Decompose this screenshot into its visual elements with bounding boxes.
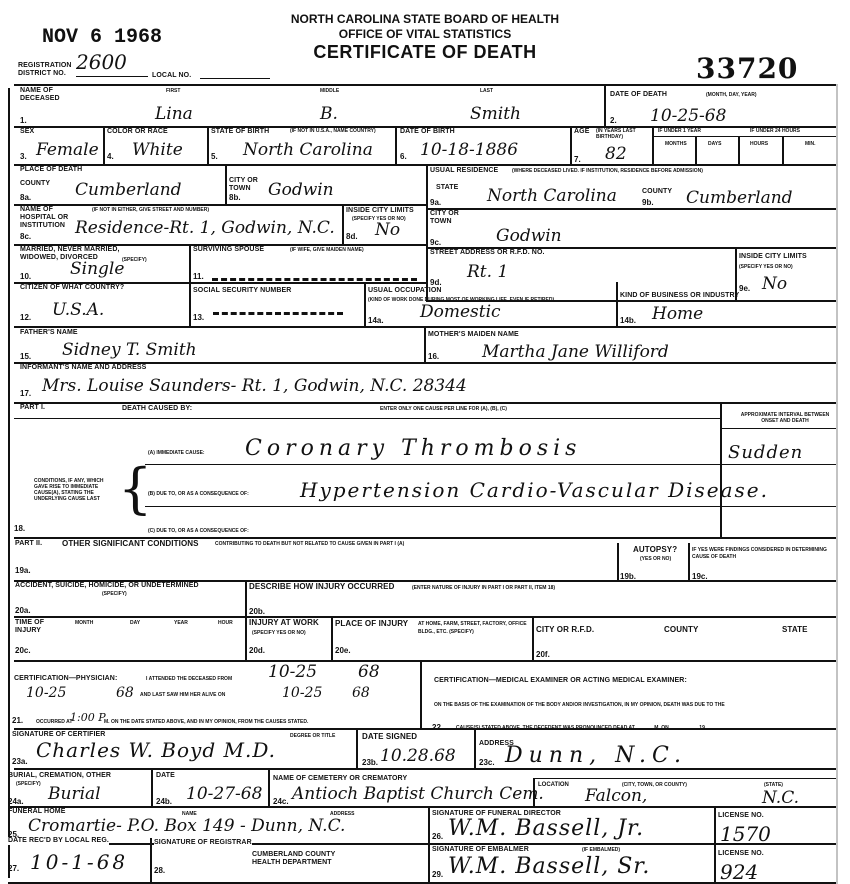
item-number: 4. [107, 152, 114, 161]
funeral-home-label: FUNERAL HOME [8, 808, 65, 816]
disposition-sublabel: (SPECIFY) [16, 781, 41, 787]
cemetery-label: NAME OF CEMETERY OR CREMATORY [273, 775, 407, 783]
item-number: 9c. [430, 238, 441, 247]
place-of-injury-label: PLACE OF INJURY [335, 620, 408, 628]
conditions-label: CONDITIONS, IF ANY, WHICH GAVE RISE TO I… [34, 478, 112, 502]
marital-status-value: Single [70, 261, 124, 278]
certificate-number: 33720 [696, 52, 798, 85]
state-of-birth-value: North Carolina [243, 142, 373, 159]
sex-value: Female [36, 142, 99, 159]
hospital-sublabel: (IF NOT IN EITHER, GIVE STREET AND NUMBE… [92, 207, 209, 213]
last-saw-text: AND LAST SAW HIM HER ALIVE ON [140, 692, 225, 698]
item-number: 24c. [273, 797, 289, 806]
injury-month-label: MONTH [75, 620, 93, 626]
business-value: Home [652, 306, 703, 323]
surviving-spouse-label: SURVIVING SPOUSE [193, 246, 264, 254]
place-of-death-label: PLACE OF DEATH [20, 166, 82, 174]
embalmer-license-value: 924 [720, 862, 758, 882]
race-label: COLOR OR RACE [107, 128, 168, 136]
occupation-label: USUAL OCCUPATION [368, 287, 442, 295]
location-value: Falcon, [585, 788, 647, 805]
autopsy-sublabel: (YES OR NO) [640, 556, 671, 562]
item-number: 14a. [368, 316, 384, 325]
physician-certification-label: CERTIFICATION—PHYSICIAN: [14, 675, 117, 683]
embalmer-license-label: LICENSE NO. [718, 850, 764, 858]
under-one-year-label: IF UNDER 1 YEAR [658, 128, 701, 134]
brace-icon: { [118, 462, 152, 516]
time-of-injury-label: TIME OF INJURY [15, 619, 60, 635]
under-24-hours-label: IF UNDER 24 HOURS [750, 128, 800, 134]
business-label: KIND OF BUSINESS OR INDUSTRY [620, 292, 739, 300]
state-of-birth-sublabel: (IF NOT IN U.S.A., NAME COUNTRY) [290, 128, 385, 134]
item-number: 26. [432, 832, 443, 841]
item-number: 24a. [8, 797, 24, 806]
occurred-tail-text: M. ON THE DATE STATED ABOVE, AND IN MY O… [104, 719, 308, 725]
immediate-cause-interval: Sudden [728, 444, 803, 462]
date-of-death-label: DATE OF DEATH [610, 91, 667, 99]
middle-name-label: MIDDLE [320, 88, 339, 94]
findings-label: IF YES WERE FINDINGS CONSIDERED IN DETER… [692, 547, 836, 561]
injury-type-label: ACCIDENT, SUICIDE, HOMICIDE, OR UNDETERM… [15, 582, 199, 590]
injury-year-label: YEAR [174, 620, 188, 626]
board-name: NORTH CAROLINA STATE BOARD OF HEALTH [0, 12, 850, 26]
certifier-signature: Charles W. Boyd M.D. [36, 740, 276, 760]
date-received-value: 10-1-68 [30, 852, 128, 872]
registrar-stamp: CUMBERLAND COUNTY HEALTH DEPARTMENT [252, 851, 362, 867]
item-number: 14b. [620, 316, 636, 325]
informant-label: INFORMANT'S NAME AND ADDRESS [20, 364, 146, 372]
date-of-birth-value: 10-18-1886 [420, 142, 518, 159]
sex-label: SEX [20, 128, 34, 136]
registrar-signature-label: SIGNATURE OF REGISTRAR [154, 839, 252, 847]
item-number: 13. [193, 313, 204, 322]
location-label: LOCATION [538, 782, 569, 788]
usual-residence-label: USUAL RESIDENCE [430, 167, 498, 175]
describe-injury-label: DESCRIBE HOW INJURY OCCURRED [249, 583, 394, 591]
item-number: 29. [432, 870, 443, 879]
death-inside-city-value: No [375, 222, 400, 239]
residence-county-value: Cumberland [686, 190, 793, 207]
surviving-spouse-blank [212, 278, 417, 281]
item-number: 20a. [15, 606, 31, 615]
item-number: 23c. [479, 758, 495, 767]
injury-hour-label: HOUR [218, 620, 233, 626]
death-caused-by-label: DEATH CAUSED BY: [122, 405, 192, 413]
injury-county-label: COUNTY [664, 626, 698, 634]
age-value: 82 [605, 146, 627, 163]
surviving-spouse-sublabel: (IF WIFE, GIVE MAIDEN NAME) [290, 247, 364, 253]
item-number: 18. [14, 524, 25, 533]
deceased-middle-name: B. [320, 106, 338, 123]
residence-county-label: COUNTY [642, 188, 672, 196]
residence-state-value: North Carolina [487, 188, 617, 205]
first-name-label: FIRST [166, 88, 180, 94]
part-one-label: PART I. [20, 404, 45, 412]
director-license-value: 1570 [720, 824, 771, 844]
item-number: 2. [610, 116, 617, 125]
deceased-first-name: Lina [155, 106, 193, 123]
injury-type-sublabel: (SPECIFY) [102, 591, 127, 597]
embalmer-signature: W.M. Bassell, Sr. [448, 856, 650, 878]
death-county-value: Cumberland [75, 182, 182, 199]
injury-at-work-sublabel: (SPECIFY YES OR NO) [252, 630, 306, 636]
item-number: 20b. [249, 607, 265, 616]
local-no-label: LOCAL NO. [152, 72, 191, 80]
months-label: MONTHS [665, 141, 687, 147]
race-value: White [132, 142, 183, 159]
item-number: 10. [20, 272, 31, 281]
citizenship-label: CITIZEN OF WHAT COUNTRY? [20, 284, 124, 292]
other-conditions-label: OTHER SIGNIFICANT CONDITIONS [62, 540, 199, 548]
item-number: 23a. [12, 757, 28, 766]
certifier-address-value: Dunn, N.C. [505, 745, 687, 767]
injury-state-label: STATE [782, 626, 808, 634]
residence-state-label: STATE [436, 184, 458, 192]
days-label: DAYS [708, 141, 721, 147]
consequence-b-value: Hypertension Cardio-Vascular Disease. [300, 480, 769, 500]
item-number: 11. [193, 272, 204, 281]
attended-from-date: 10-25 [268, 664, 317, 681]
father-name-label: FATHER'S NAME [20, 329, 78, 337]
last-name-label: LAST [480, 88, 493, 94]
last-saw-year: 68 [352, 686, 370, 700]
hospital-value: Residence-Rt. 1, Godwin, N.C. [75, 220, 335, 237]
residence-inside-city-label: INSIDE CITY LIMITS [739, 253, 807, 261]
occurred-at-text: OCCURRED AT [36, 719, 72, 725]
item-number: 12. [20, 313, 31, 322]
director-license-label: LICENSE NO. [718, 812, 764, 820]
death-inside-city-label: INSIDE CITY LIMITS [346, 207, 414, 215]
death-city-label: CITY OR TOWN [229, 177, 259, 193]
death-county-label: COUNTY [20, 180, 50, 188]
item-number: 9b. [642, 198, 654, 207]
citizenship-value: U.S.A. [52, 302, 104, 319]
item-number: 24b. [156, 797, 172, 806]
injury-at-work-label: INJURY AT WORK [249, 619, 319, 627]
item-number: 20f. [536, 650, 550, 659]
item-number: 5. [211, 152, 218, 161]
injury-day-label: DAY [130, 620, 140, 626]
disposition-label: BURIAL, CREMATION, OTHER [8, 772, 111, 780]
item-number: 9e. [739, 284, 750, 293]
deceased-last-name: Smith [470, 106, 521, 123]
attended-to-year: 68 [116, 686, 134, 700]
father-name-value: Sidney T. Smith [62, 342, 197, 359]
mother-maiden-name-label: MOTHER'S MAIDEN NAME [428, 331, 519, 339]
item-number: 20d. [249, 646, 265, 655]
residence-city-value: Godwin [496, 228, 562, 245]
item-number: 16. [428, 352, 439, 361]
date-signed-label: DATE SIGNED [362, 733, 417, 741]
cause-instruction: ENTER ONLY ONE CAUSE PER LINE FOR (a), (… [380, 406, 507, 412]
item-number: 9d. [430, 278, 442, 287]
age-sublabel: (IN YEARS LAST BIRTHDAY) [596, 128, 654, 140]
minutes-label: MIN. [805, 141, 816, 147]
social-security-label: SOCIAL SECURITY NUMBER [193, 287, 291, 295]
item-number: 8a. [20, 193, 31, 202]
location-state-value: N.C. [762, 790, 799, 807]
office-name: OFFICE OF VITAL STATISTICS [0, 27, 850, 41]
occupation-value: Domestic [420, 304, 501, 321]
item-number: 20c. [15, 646, 31, 655]
item-number: 3. [20, 152, 27, 161]
item-number: 7. [574, 155, 581, 164]
cemetery-value: Antioch Baptist Church Cem. [292, 786, 544, 803]
attended-from-text: I ATTENDED THE DECEASED FROM [146, 676, 232, 682]
age-label: AGE [574, 128, 589, 136]
describe-injury-sublabel: (ENTER NATURE OF INJURY IN PART I OR PAR… [412, 585, 555, 591]
residence-street-label: STREET ADDRESS OR R.F.D. No. [430, 249, 545, 257]
item-number: 8c. [20, 232, 31, 241]
name-of-deceased-label: NAME OF DECEASED [20, 87, 70, 103]
item-number: 8d. [346, 232, 358, 241]
degree-label: DEGREE OR TITLE [290, 733, 335, 739]
item-number: 20e. [335, 646, 351, 655]
mother-maiden-name-value: Martha Jane Williford [482, 344, 669, 361]
residence-street-value: Rt. 1 [467, 264, 508, 281]
date-received-label: DATE REC'D BY LOCAL REG. [8, 837, 109, 845]
place-of-injury-sublabel: AT HOME, FARM, STREET, FACTORY, OFFICE B… [418, 620, 533, 636]
residence-inside-city-value: No [762, 276, 787, 293]
item-number: 17. [20, 389, 31, 398]
other-conditions-sublabel: CONTRIBUTING TO DEATH BUT NOT RELATED TO… [215, 541, 404, 547]
injury-city-label: CITY OR R.F.D. [536, 626, 594, 634]
burial-date-label: DATE [156, 772, 175, 780]
item-number: 1. [20, 116, 27, 125]
state-of-birth-label: STATE OF BIRTH [211, 128, 269, 136]
attended-from-year: 68 [358, 664, 380, 681]
date-of-birth-label: DATE OF BIRTH [400, 128, 455, 136]
item-number: 8b. [229, 193, 241, 202]
consequence-c-label: (c) DUE TO, OR AS A CONSEQUENCE OF: [148, 528, 249, 534]
item-number: 27. [8, 864, 19, 873]
hours-label: HOURS [750, 141, 768, 147]
registration-district-value: 2600 [76, 52, 127, 72]
item-number: 21. [12, 716, 23, 725]
informant-value: Mrs. Louise Saunders- Rt. 1, Godwin, N.C… [42, 378, 467, 395]
residence-inside-city-sublabel: (SPECIFY YES OR NO) [739, 264, 793, 270]
funeral-home-value: Cromartie- P.O. Box 149 - Dunn, N.C. [28, 818, 345, 835]
death-city-value: Godwin [268, 182, 334, 199]
social-security-blank [213, 312, 343, 315]
item-number: 15. [20, 352, 31, 361]
medical-examiner-label: CERTIFICATION—MEDICAL EXAMINER OR ACTING… [434, 677, 687, 685]
date-of-death-value: 10-25-68 [650, 108, 726, 125]
attended-to-date: 10-25 [26, 686, 66, 700]
occurred-time: 1:00 P [70, 712, 106, 723]
residence-city-label: CITY OR TOWN [430, 210, 460, 226]
last-saw-date: 10-25 [282, 686, 322, 700]
medical-examiner-text: ON THE BASIS OF THE EXAMINATION OF THE B… [434, 702, 725, 708]
date-of-death-sublabel: (MONTH, DAY, YEAR) [706, 92, 757, 98]
item-number: 28. [154, 866, 165, 875]
disposition-value: Burial [48, 786, 101, 803]
immediate-cause-value: Coronary Thrombosis [245, 438, 581, 460]
item-number: 23b. [362, 758, 378, 767]
item-number: 9a. [430, 198, 441, 207]
autopsy-label: AUTOPSY? [633, 546, 677, 554]
burial-date-value: 10-27-68 [186, 786, 262, 803]
usual-residence-sublabel: (WHERE DECEASED LIVED. IF INSTITUTION, R… [512, 168, 703, 174]
funeral-director-signature: W.M. Bassell, Jr. [448, 818, 644, 840]
part-two-label: PART II. [15, 540, 42, 548]
immediate-cause-label: (a) IMMEDIATE CAUSE: [148, 450, 205, 456]
consequence-b-label: (b) DUE TO, OR AS A CONSEQUENCE OF: [148, 491, 249, 497]
marital-status-sublabel: (SPECIFY) [122, 257, 147, 263]
item-number: 6. [400, 152, 407, 161]
date-signed-value: 10.28.68 [380, 748, 456, 765]
embalmer-sublabel: (IF EMBALMED) [582, 847, 620, 853]
embalmer-label: SIGNATURE OF EMBALMER [432, 846, 529, 854]
item-number: 19a. [15, 566, 31, 575]
interval-label: APPROXIMATE INTERVAL BETWEEN ONSET AND D… [740, 412, 830, 424]
